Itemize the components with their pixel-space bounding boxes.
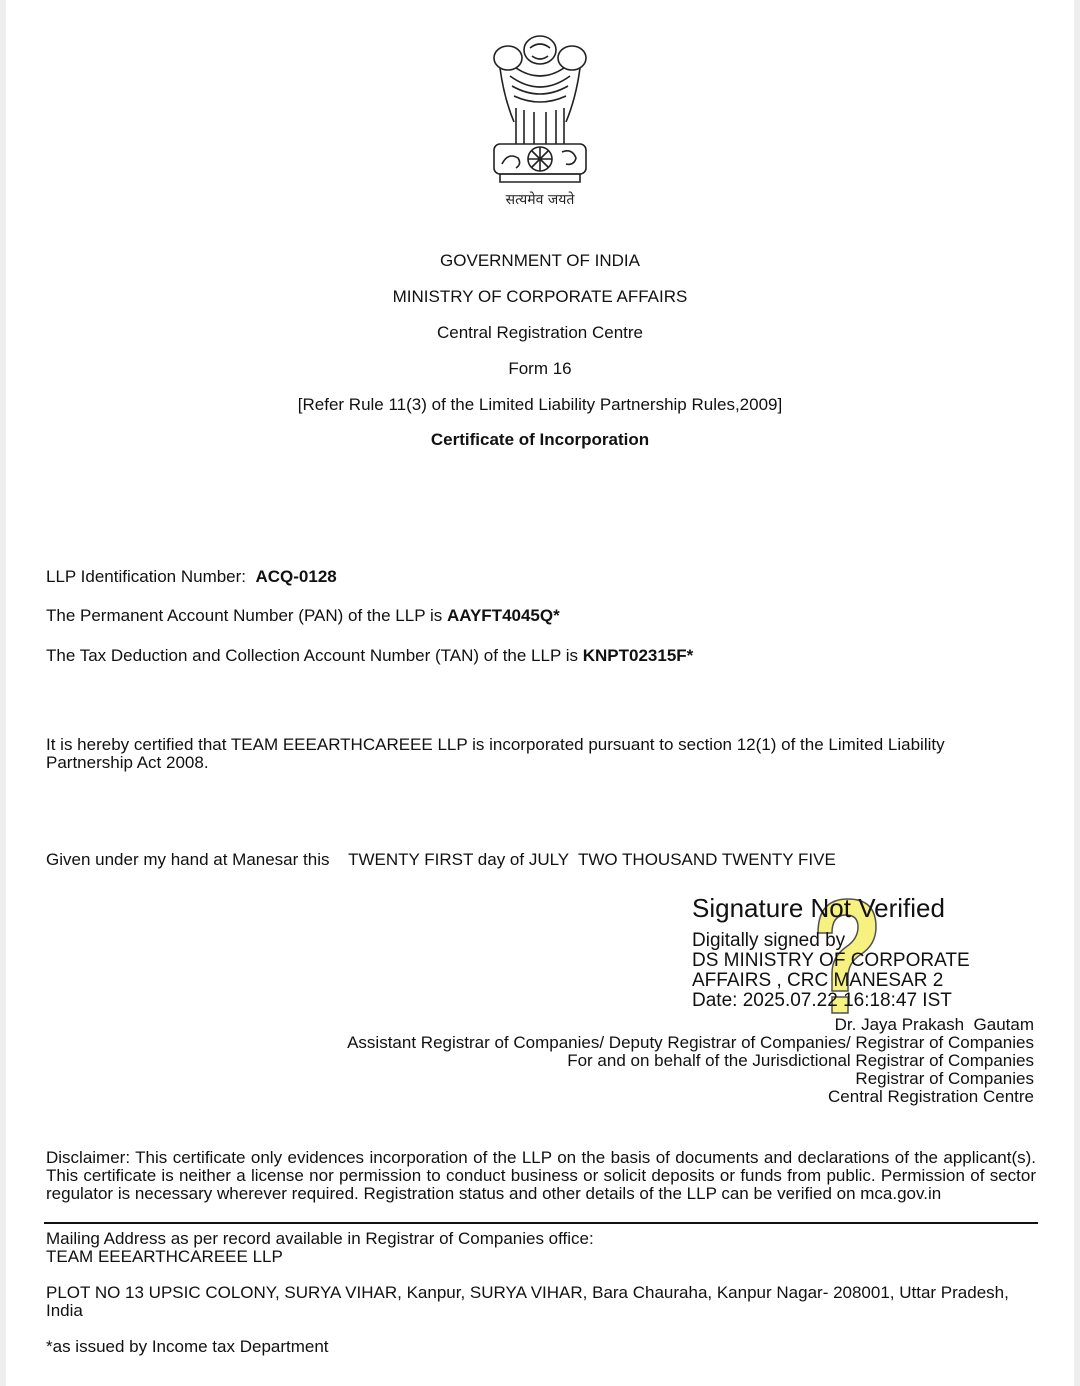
pan-row: The Permanent Account Number (PAN) of th… [46, 606, 560, 626]
header-centre: Central Registration Centre [0, 323, 1080, 343]
page-edge-right [1074, 0, 1080, 1386]
tan-value: KNPT02315F* [583, 646, 694, 665]
signature-status: Signature Not Verified [692, 893, 1052, 923]
signatory-name: Dr. Jaya Prakash Gautam [347, 1016, 1034, 1034]
header-ministry: MINISTRY OF CORPORATE AFFAIRS [0, 287, 1080, 307]
llpin-value: ACQ-0128 [255, 567, 336, 586]
signature-signer-line1: DS MINISTRY OF CORPORATE [692, 951, 1052, 971]
emblem-motto: सत्यमेव जयते [440, 190, 640, 209]
given-under-date: TWENTY FIRST day of JULY TWO THOUSAND TW… [348, 850, 836, 869]
tan-row: The Tax Deduction and Collection Account… [46, 646, 693, 666]
signature-date: Date: 2025.07.22 16:18:47 IST [692, 991, 1052, 1011]
mailing-label: Mailing Address as per record available … [46, 1230, 1036, 1248]
footnote: *as issued by Income tax Department [46, 1338, 1036, 1356]
signatory-centre: Central Registration Centre [347, 1088, 1034, 1106]
signatory-behalf: For and on behalf of the Jurisdictional … [347, 1052, 1034, 1070]
header-rule-reference: [Refer Rule 11(3) of the Limited Liabili… [0, 395, 1080, 415]
signature-signed-by-label: Digitally signed by [692, 931, 1052, 951]
certification-text: It is hereby certified that TEAM EEEARTH… [46, 736, 1036, 772]
llpin-row: LLP Identification Number: ACQ-0128 [46, 567, 337, 587]
signatory-office: Registrar of Companies [347, 1070, 1034, 1088]
tan-label: The Tax Deduction and Collection Account… [46, 646, 578, 665]
mailing-address: PLOT NO 13 UPSIC COLONY, SURYA VIHAR, Ka… [46, 1284, 1036, 1320]
llpin-label: LLP Identification Number: [46, 567, 246, 586]
header-form: Form 16 [0, 359, 1080, 379]
page-edge-left [0, 0, 6, 1386]
ashoka-emblem-icon [486, 28, 594, 188]
mailing-name: TEAM EEEARTHCAREEE LLP [46, 1248, 1036, 1266]
signature-signer-line2: AFFAIRS , CRC MANESAR 2 [692, 971, 1052, 991]
signatory-block: Dr. Jaya Prakash Gautam Assistant Regist… [347, 1016, 1034, 1106]
pan-label: The Permanent Account Number (PAN) of th… [46, 606, 442, 625]
header-government: GOVERNMENT OF INDIA [0, 251, 1080, 271]
disclaimer-text: Disclaimer: This certificate only eviden… [46, 1149, 1036, 1203]
certificate-title: Certificate of Incorporation [0, 430, 1080, 450]
given-under-row: Given under my hand at Manesar this TWEN… [46, 850, 836, 870]
digital-signature-block[interactable]: Signature Not Verified Digitally signed … [692, 893, 1052, 1011]
pan-value: AAYFT4045Q* [447, 606, 560, 625]
divider [44, 1222, 1038, 1224]
given-under-prefix: Given under my hand at Manesar this [46, 850, 329, 869]
signatory-designation: Assistant Registrar of Companies/ Deputy… [347, 1034, 1034, 1052]
